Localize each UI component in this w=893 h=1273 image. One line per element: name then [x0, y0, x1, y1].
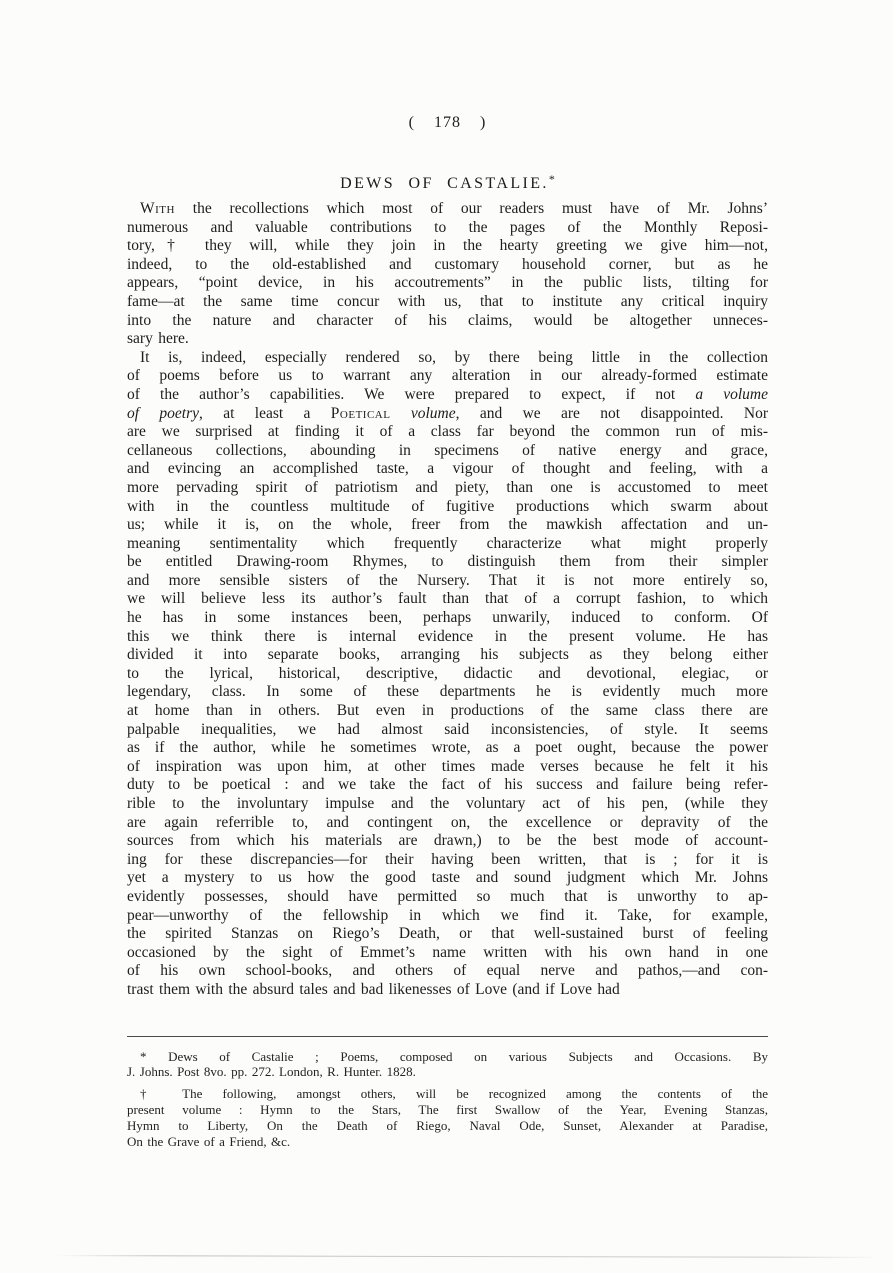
text-line: With the recollections which most of our… [127, 200, 768, 219]
footnote: † The following, amongst others, will be… [127, 1086, 768, 1150]
text-line: and evincing an accomplished taste, a vi… [127, 460, 768, 479]
text-line: this we think there is internal evidence… [127, 628, 768, 647]
text-line: appears, “point device, in his accoutrem… [127, 274, 768, 293]
text-line: cellaneous collections, abounding in spe… [127, 442, 768, 461]
text-line: divided it into separate books, arrangin… [127, 646, 768, 665]
text-line: ing for these discrepancies—for their ha… [127, 851, 768, 870]
text-line: as if the author, while he sometimes wro… [127, 739, 768, 758]
text-line: † The following, amongst others, will be… [127, 1086, 768, 1102]
text-line: trast them with the absurd tales and bad… [127, 981, 768, 1000]
text-line: indeed, to the old-established and custo… [127, 256, 768, 275]
text-line: at home than in others. But even in prod… [127, 702, 768, 721]
text-line: rible to the involuntary impulse and the… [127, 795, 768, 814]
text-line: into the nature and character of his cla… [127, 312, 768, 331]
text-line: us; while it is, on the whole, freer fro… [127, 516, 768, 535]
text-line: numerous and valuable contributions to t… [127, 219, 768, 238]
text-line: yet a mystery to us how the good taste a… [127, 869, 768, 888]
text-line: pear—unworthy of the fellowship in which… [127, 907, 768, 926]
text-line: of poetry, at least a Poetical volume, a… [127, 405, 768, 424]
text-line: be entitled Drawing-room Rhymes, to dist… [127, 553, 768, 572]
text-line: and more sensible sisters of the Nursery… [127, 572, 768, 591]
article-body: With the recollections which most of our… [127, 200, 768, 1000]
text-line: tory,† they will, while they join in the… [127, 237, 768, 256]
text-line: J. Johns. Post 8vo. pp. 272. London, R. … [127, 1064, 768, 1080]
paragraph: It is, indeed, especially rendered so, b… [127, 349, 768, 1000]
text-column: ( 178 ) DEWS OF CASTALIE.* With the reco… [127, 0, 768, 1150]
text-line: duty to be poetical : and we take the fa… [127, 776, 768, 795]
scanned-page: ( 178 ) DEWS OF CASTALIE.* With the reco… [0, 0, 893, 1273]
footnotes-section: * Dews of Castalie ; Poems, composed on … [127, 1049, 768, 1150]
text-line: Hymn to Liberty, On the Death of Riego, … [127, 1118, 768, 1134]
text-line: of the author’s capabilities. We were pr… [127, 386, 768, 405]
text-line: with in the countless multitude of fugit… [127, 498, 768, 517]
footnote: * Dews of Castalie ; Poems, composed on … [127, 1049, 768, 1081]
text-line: It is, indeed, especially rendered so, b… [127, 349, 768, 368]
page-number: ( 178 ) [127, 114, 768, 132]
footnote-separator [127, 1036, 768, 1037]
text-line: the spirited Stanzas on Riego’s Death, o… [127, 925, 768, 944]
text-line: meaning sentimentality which frequently … [127, 535, 768, 554]
scan-artifact-line [56, 1255, 880, 1258]
text-line: legendary, class. In some of these depar… [127, 683, 768, 702]
text-line: are we surprised at finding it of a clas… [127, 423, 768, 442]
text-line: occasioned by the sight of Emmet’s name … [127, 944, 768, 963]
text-line: more pervading spirit of patriotism and … [127, 479, 768, 498]
text-line: evidently possesses, should have permitt… [127, 888, 768, 907]
paragraph: With the recollections which most of our… [127, 200, 768, 349]
text-line: of poems before us to warrant any altera… [127, 367, 768, 386]
text-line: sources from which his materials are dra… [127, 832, 768, 851]
text-line: we will believe less its author’s fault … [127, 590, 768, 609]
text-line: he has in some instances been, perhaps u… [127, 609, 768, 628]
footnote-marker-asterisk: * [549, 172, 555, 187]
article-title-text: DEWS OF CASTALIE. [340, 175, 549, 192]
text-line: of inspiration was upon him, at other ti… [127, 758, 768, 777]
text-line: of his own school-books, and others of e… [127, 962, 768, 981]
text-line: palpable inequalities, we had almost sai… [127, 721, 768, 740]
text-line: fame—at the same time concur with us, th… [127, 293, 768, 312]
text-line: to the lyrical, historical, descriptive,… [127, 665, 768, 684]
text-line: On the Grave of a Friend, &c. [127, 1134, 768, 1150]
text-line: sary here. [127, 330, 768, 349]
text-line: * Dews of Castalie ; Poems, composed on … [127, 1049, 768, 1065]
article-title: DEWS OF CASTALIE.* [127, 175, 768, 193]
text-line: present volume : Hymn to the Stars, The … [127, 1102, 768, 1118]
text-line: are again referrible to, and contingent … [127, 814, 768, 833]
